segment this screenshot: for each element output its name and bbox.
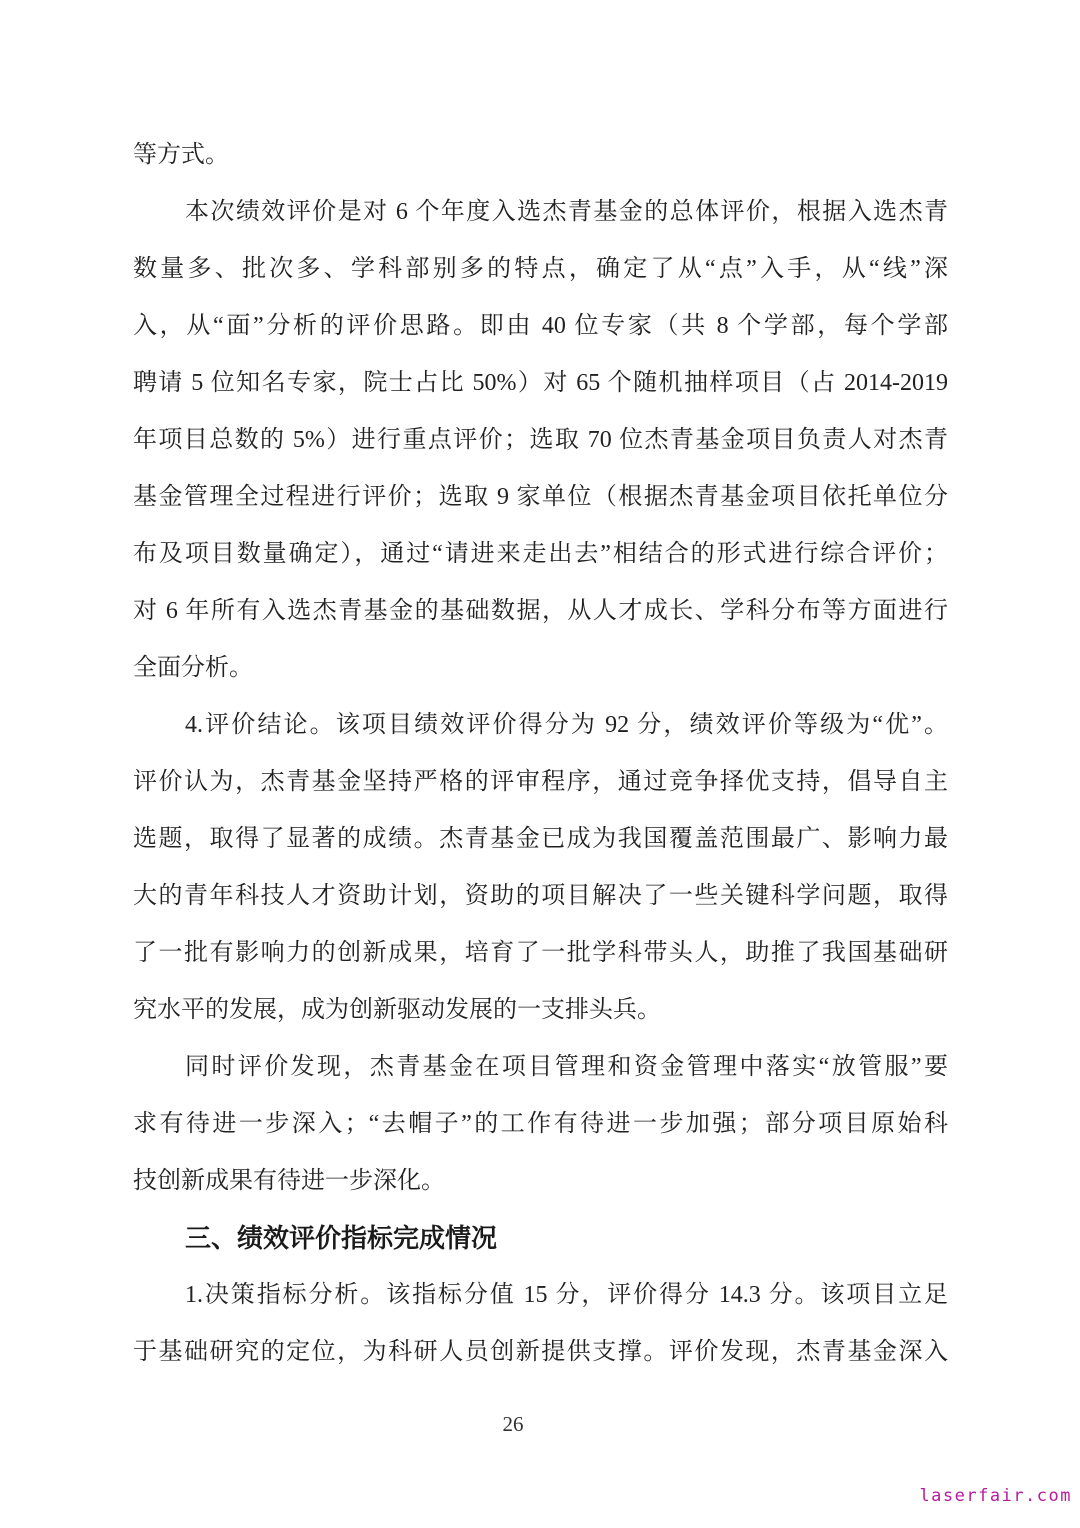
text-line: 求有待进一步深入；“去帽子”的工作有待进一步加强；部分项目原始科 xyxy=(133,1096,948,1153)
text-line: 数量多、批次多、学科部别多的特点，确定了从“点”入手，从“线”深 xyxy=(133,241,948,298)
text-line: 于基础研究的定位，为科研人员创新提供支撑。评价发现，杰青基金深入 xyxy=(133,1324,948,1381)
text-line: 1.决策指标分析。该指标分值 15 分，评价得分 14.3 分。该项目立足 xyxy=(133,1267,948,1324)
text-line: 年项目总数的 5%）进行重点评价；选取 70 位杰青基金项目负责人对杰青 xyxy=(133,412,948,469)
text-line: 聘请 5 位知名专家，院士占比 50%）对 65 个随机抽样项目（占 2014-… xyxy=(133,355,948,412)
text-line: 等方式。 xyxy=(133,127,948,184)
text-line: 同时评价发现，杰青基金在项目管理和资金管理中落实“放管服”要 xyxy=(133,1039,948,1096)
text-line: 基金管理全过程进行评价；选取 9 家单位（根据杰青基金项目依托单位分 xyxy=(133,469,948,526)
document-page: 等方式。本次绩效评价是对 6 个年度入选杰青基金的总体评价，根据入选杰青数量多、… xyxy=(0,0,1080,1528)
text-line: 评价认为，杰青基金坚持严格的评审程序，通过竞争择优支持，倡导自主 xyxy=(133,754,948,811)
watermark-text: laserfair.com xyxy=(919,1486,1072,1506)
document-body: 等方式。本次绩效评价是对 6 个年度入选杰青基金的总体评价，根据入选杰青数量多、… xyxy=(133,127,948,1381)
text-line: 技创新成果有待进一步深化。 xyxy=(133,1153,948,1210)
text-line: 全面分析。 xyxy=(133,640,948,697)
text-line: 4.评价结论。该项目绩效评价得分为 92 分，绩效评价等级为“优”。 xyxy=(133,697,948,754)
text-line: 了一批有影响力的创新成果，培育了一批学科带头人，助推了我国基础研 xyxy=(133,925,948,982)
text-line: 对 6 年所有入选杰青基金的基础数据，从人才成长、学科分布等方面进行 xyxy=(133,583,948,640)
page-number: 26 xyxy=(133,1412,893,1437)
text-line: 选题，取得了显著的成绩。杰青基金已成为我国覆盖范围最广、影响力最 xyxy=(133,811,948,868)
text-line: 大的青年科技人才资助计划，资助的项目解决了一些关键科学问题，取得 xyxy=(133,868,948,925)
text-line: 布及项目数量确定），通过“请进来走出去”相结合的形式进行综合评价； xyxy=(133,526,948,583)
text-line: 究水平的发展，成为创新驱动发展的一支排头兵。 xyxy=(133,982,948,1039)
section-heading: 三、绩效评价指标完成情况 xyxy=(133,1210,948,1267)
text-line: 入，从“面”分析的评价思路。即由 40 位专家（共 8 个学部，每个学部 xyxy=(133,298,948,355)
text-line: 本次绩效评价是对 6 个年度入选杰青基金的总体评价，根据入选杰青 xyxy=(133,184,948,241)
